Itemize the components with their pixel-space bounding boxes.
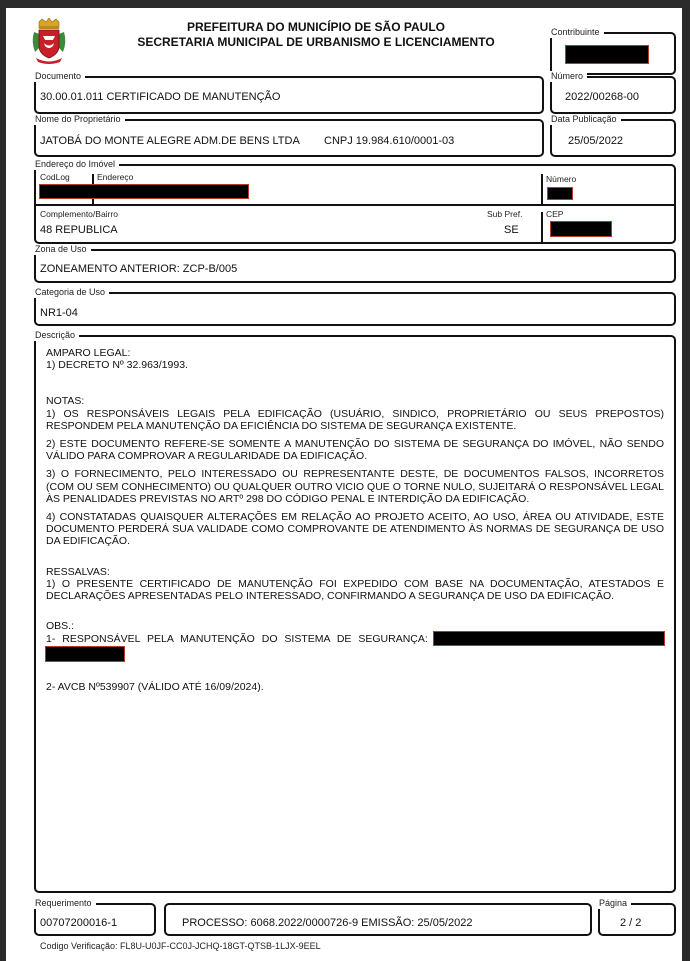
contribuinte-label: Contribuinte bbox=[550, 27, 604, 38]
proprietario-box: Nome do Proprietário JATOBÁ DO MONTE ALE… bbox=[34, 119, 544, 157]
descricao-content: AMPARO LEGAL: 1) DECRETO Nº 32.963/1993.… bbox=[46, 347, 664, 694]
codlog-label: CodLog bbox=[40, 172, 70, 182]
endereco-redacted bbox=[40, 185, 248, 198]
data-publicacao-label: Data Publicação bbox=[550, 114, 621, 125]
header-title-line1: PREFEITURA DO MUNICÍPIO DE SÃO PAULO bbox=[86, 20, 546, 35]
requerimento-value: 00707200016-1 bbox=[40, 917, 117, 929]
ressalvas-title: RESSALVAS: bbox=[46, 566, 664, 578]
documento-label: Documento bbox=[34, 71, 85, 82]
amparo-title: AMPARO LEGAL: bbox=[46, 347, 664, 359]
complemento-value: 48 REPUBLICA bbox=[40, 224, 118, 236]
requerimento-box: Requerimento 00707200016-1 bbox=[34, 903, 156, 936]
obs-1-text: 1- RESPONSÁVEL PELA MANUTENÇÃO DO SISTEM… bbox=[46, 633, 428, 645]
proprietario-value: JATOBÁ DO MONTE ALEGRE ADM.DE BENS LTDA bbox=[40, 135, 300, 147]
contribuinte-box: Contribuinte bbox=[550, 32, 676, 75]
complemento-label: Complemento/Bairro bbox=[40, 209, 118, 219]
endereco-box: Endereço do Imóvel CodLog Endereço Númer… bbox=[34, 164, 676, 244]
nota-1: 1) OS RESPONSÁVEIS LEGAIS PELA EDIFICAÇÃ… bbox=[46, 408, 664, 432]
descricao-label: Descrição bbox=[34, 330, 79, 341]
endereco-numero-redacted bbox=[548, 188, 572, 199]
contribuinte-redacted bbox=[566, 46, 648, 63]
amparo-item-1: 1) DECRETO Nº 32.963/1993. bbox=[46, 359, 664, 371]
numero-box: Número 2022/00268-00 bbox=[550, 76, 676, 114]
obs-2: 2- AVCB Nº539907 (VÁLIDO ATÉ 16/09/2024)… bbox=[46, 681, 664, 693]
endereco-label: Endereço do Imóvel bbox=[34, 159, 119, 170]
proprietario-label: Nome do Proprietário bbox=[34, 114, 125, 125]
processo-box: PROCESSO: 6068.2022/0000726-9 EMISSÃO: 2… bbox=[164, 903, 592, 936]
numero-divider bbox=[541, 174, 543, 204]
numero-value: 2022/00268-00 bbox=[565, 91, 639, 103]
pagina-value: 2 / 2 bbox=[620, 917, 641, 929]
zona-uso-label: Zona de Uso bbox=[34, 244, 91, 255]
cep-redacted bbox=[551, 222, 611, 236]
descricao-box: Descrição AMPARO LEGAL: 1) DECRETO Nº 32… bbox=[34, 335, 676, 893]
obs-title: OBS.: bbox=[46, 620, 664, 632]
subpref-label: Sub Pref. bbox=[487, 209, 522, 219]
endereco-field-label: Endereço bbox=[97, 172, 133, 182]
cep-label: CEP bbox=[546, 209, 563, 219]
nota-4: 4) CONSTATADAS QUAISQUER ALTERAÇÕES EM R… bbox=[46, 511, 664, 548]
nota-3: 3) O FORNECIMENTO, PELO INTERESSADO OU R… bbox=[46, 468, 664, 505]
endereco-numero-label: Número bbox=[546, 174, 576, 184]
coat-of-arms-logo bbox=[30, 18, 68, 66]
categoria-uso-value: NR1-04 bbox=[40, 307, 78, 319]
subpref-value: SE bbox=[504, 224, 519, 236]
data-publicacao-box: Data Publicação 25/05/2022 bbox=[550, 119, 676, 157]
nota-2: 2) ESTE DOCUMENTO REFERE-SE SOMENTE A MA… bbox=[46, 438, 664, 462]
processo-value: PROCESSO: 6068.2022/0000726-9 EMISSÃO: 2… bbox=[182, 917, 472, 929]
documento-box: Documento 30.00.01.011 CERTIFICADO DE MA… bbox=[34, 76, 544, 114]
requerimento-label: Requerimento bbox=[34, 898, 96, 909]
categoria-uso-box: Categoria de Uso NR1-04 bbox=[34, 292, 676, 326]
codigo-verificacao: Codigo Verificação: FL8U-U0JF-CC0J-JCHQ-… bbox=[40, 941, 321, 951]
data-publicacao-value: 25/05/2022 bbox=[568, 135, 623, 147]
header-title-line2: SECRETARIA MUNICIPAL DE URBANISMO E LICE… bbox=[86, 35, 546, 50]
zona-uso-box: Zona de Uso ZONEAMENTO ANTERIOR: ZCP-B/0… bbox=[34, 249, 676, 283]
obs-1-line: 1- RESPONSÁVEL PELA MANUTENÇÃO DO SISTEM… bbox=[46, 632, 664, 645]
endereco-row-divider bbox=[36, 204, 674, 206]
proprietario-cnpj: CNPJ 19.984.610/0001-03 bbox=[324, 135, 454, 147]
categoria-uso-label: Categoria de Uso bbox=[34, 287, 109, 298]
notas-title: NOTAS: bbox=[46, 395, 664, 407]
zona-uso-value: ZONEAMENTO ANTERIOR: ZCP-B/005 bbox=[40, 263, 237, 275]
documento-value: 30.00.01.011 CERTIFICADO DE MANUTENÇÃO bbox=[40, 91, 280, 103]
pagina-label: Página bbox=[598, 898, 631, 909]
cep-divider bbox=[541, 212, 543, 242]
ressalva-1: 1) O PRESENTE CERTIFICADO DE MANUTENÇÃO … bbox=[46, 578, 664, 602]
pagina-box: Página 2 / 2 bbox=[598, 903, 676, 936]
numero-label: Número bbox=[550, 71, 587, 82]
obs-1-redacted-continued bbox=[46, 647, 124, 661]
obs-1-redacted bbox=[434, 632, 664, 645]
document-page: PREFEITURA DO MUNICÍPIO DE SÃO PAULO SEC… bbox=[6, 8, 682, 961]
